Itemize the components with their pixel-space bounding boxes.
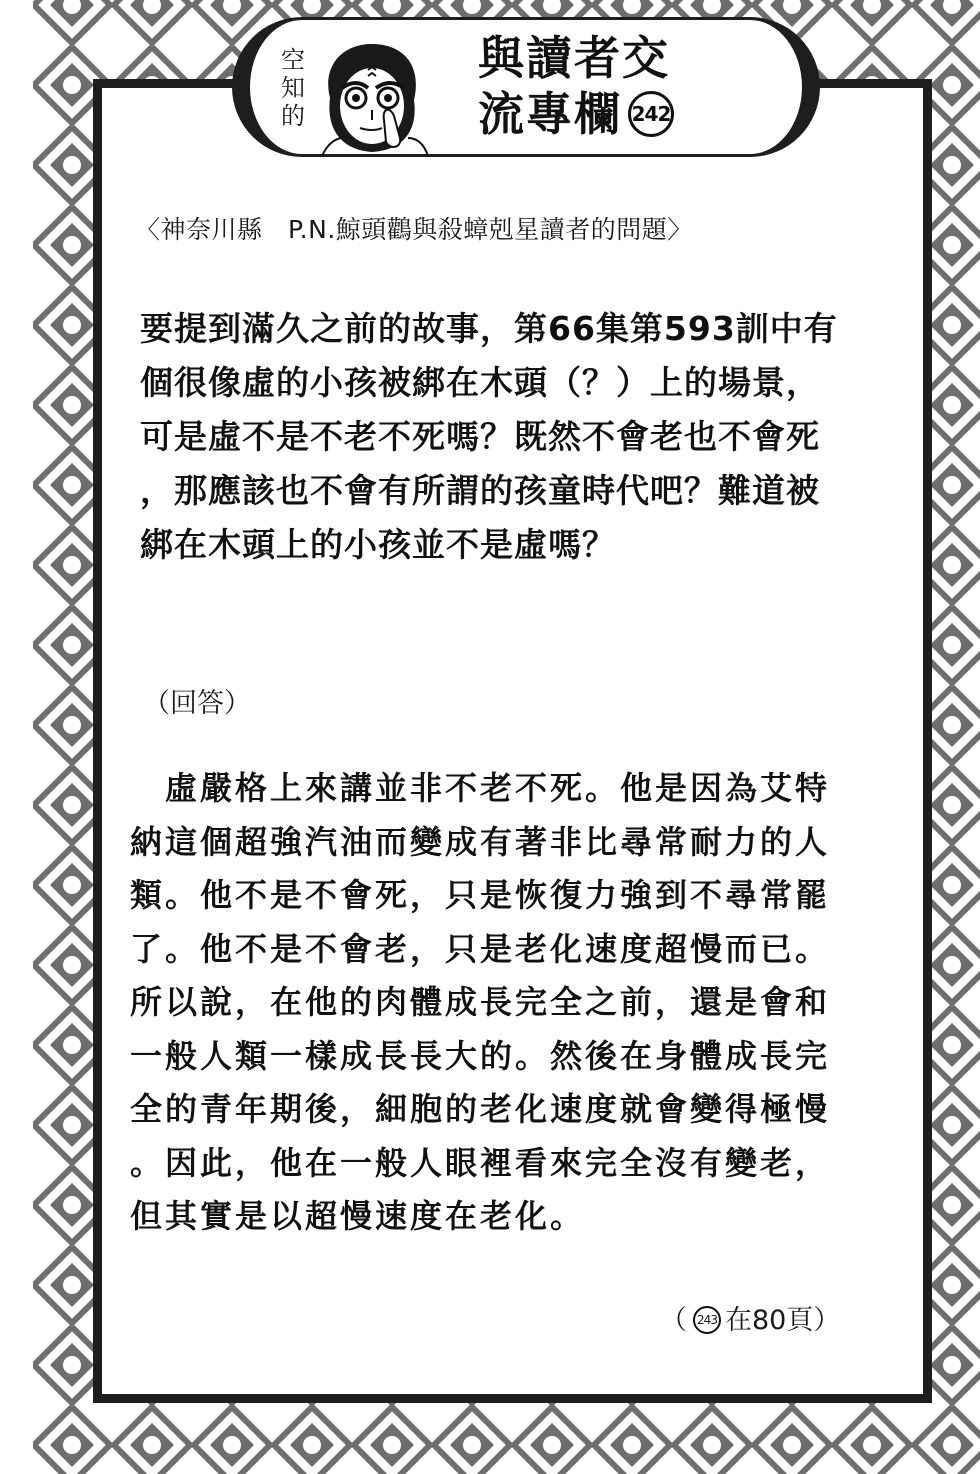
answer-body: 虛嚴格上來講並非不老不死。他是因為艾特 納這個超強汽油而變成有著非比尋常耐力的人… [130,762,890,1244]
answer-line: 所以說，在他的肉體成長完全之前，還是會和 [130,976,890,1030]
column-title: 與讀者交 流專欄242 [478,30,778,142]
question-line: 要提到滿久之前的故事，第66集第593訓中有 [140,302,900,356]
question-line: 綁在木頭上的小孩並不是虛嗎？ [140,518,900,572]
header-kicker: 空 知 的 [278,46,308,130]
continuation-text: 在80頁 [725,1305,813,1336]
answer-line: 了。他不是不會老，只是老化速度超慢而已。 [130,923,890,977]
title-line: 與讀者交 [478,30,778,86]
question-line: 可是虛不是不老不死嗎？既然不會老也不會死 [140,410,900,464]
question-line: ，那應該也不會有所謂的孩童時代吧？難道被 [140,464,900,518]
issue-number-badge: 242 [628,91,674,137]
question-attribution: 〈神奈川縣 P.N.鯨頭鸛與殺蟑剋星讀者的問題〉 [135,212,855,248]
answer-line: 但其實是以超慢速度在老化。 [130,1190,890,1244]
kicker-char: 空 [278,46,308,74]
paren-close: ） [813,1305,840,1336]
question-line: 個很像虛的小孩被綁在木頭（？）上的場景， [140,356,900,410]
continuation-note: （243在80頁） [660,1303,840,1339]
title-line: 流專欄 [478,87,622,141]
answer-line: 一般人類一樣成長長大的。然後在身體成長完 [130,1030,890,1084]
answer-line: 全的青年期後，細胞的老化速度就會變得極慢 [130,1083,890,1137]
next-issue-badge: 243 [693,1306,721,1334]
question-body: 要提到滿久之前的故事，第66集第593訓中有 個很像虛的小孩被綁在木頭（？）上的… [140,302,900,572]
answer-line: 。因此，他在一般人眼裡看來完全沒有變老， [130,1137,890,1191]
kicker-char: 知 [278,74,308,102]
kicker-char: 的 [278,102,308,130]
answer-label: （回答） [143,686,251,722]
paren-open: （ [660,1305,687,1336]
answer-line: 納這個超強汽油而變成有著非比尋常耐力的人 [130,816,890,870]
author-caricature-icon [312,38,432,156]
column-header: 空 知 的 與讀者交 流專欄242 [232,17,820,157]
answer-line: 類。他不是不會死，只是恢復力強到不尋常罷 [130,869,890,923]
answer-line: 虛嚴格上來講並非不老不死。他是因為艾特 [130,762,890,816]
